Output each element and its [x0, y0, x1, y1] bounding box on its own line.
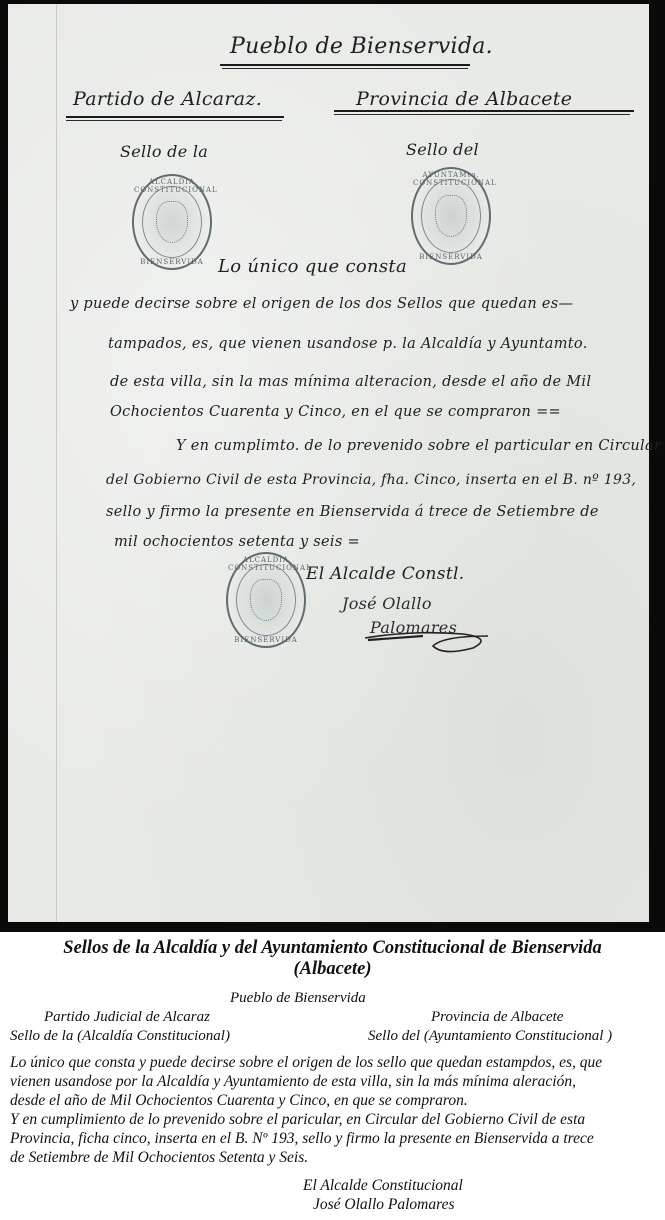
signature-title: El Alcalde Constl.	[306, 564, 464, 584]
paper-sheet: Pueblo de Bienservida. Partido de Alcara…	[8, 4, 649, 922]
seal-alcaldia-left: ALCALDIA CONSTITUCIONAL BIENSERVIDA	[132, 174, 212, 270]
handwritten-line-1: Lo único que consta	[218, 256, 407, 277]
header-underline	[220, 64, 470, 66]
handwritten-line-2: y puede decirse sobre el origen de los d…	[70, 296, 573, 312]
transcription-signature-title: El Alcalde Constitucional	[303, 1177, 463, 1195]
margin-line	[56, 4, 57, 922]
transcription-partido: Partido Judicial de Alcaraz	[44, 1009, 210, 1026]
seal-ayuntamiento-right: AYUNTAMto. CONSTITUCIONAL BIENSERVIDA	[411, 167, 491, 265]
partido-underline-2	[66, 120, 282, 121]
transcription-sello-right: Sello del (Ayuntamiento Constitucional )	[368, 1028, 612, 1045]
handwritten-sello-left: Sello de la	[120, 142, 208, 161]
seal-text-bottom: BIENSERVIDA	[228, 636, 304, 644]
provincia-underline	[334, 110, 634, 112]
transcription-body-line: desde el año de Mil Ochocientos Cuarenta…	[10, 1092, 468, 1110]
seal-text-bottom: BIENSERVIDA	[134, 258, 210, 266]
seal-text-top: ALCALDIA CONSTITUCIONAL	[134, 178, 210, 194]
handwritten-line-3: tampados, es, que vienen usandose p. la …	[108, 336, 588, 352]
partido-underline	[66, 116, 284, 118]
transcription-pueblo: Pueblo de Bienservida	[230, 990, 366, 1007]
crest-icon	[156, 201, 188, 243]
header-underline-2	[222, 68, 468, 69]
handwritten-provincia: Provincia de Albacete	[356, 88, 572, 110]
transcription-signature-name: José Olallo Palomares	[313, 1196, 455, 1214]
transcription-body-line: Y en cumplimiento de lo prevenido sobre …	[10, 1111, 585, 1129]
transcription-body-line: Provincia, ficha cinco, inserta en el B.…	[10, 1130, 594, 1148]
crest-icon	[250, 579, 282, 621]
handwritten-line-4: de esta villa, sin la mas mínima alterac…	[110, 374, 591, 390]
provincia-underline-2	[334, 114, 630, 115]
signature-name: José Olallo	[342, 594, 432, 613]
crest-icon	[435, 195, 467, 237]
handwritten-line-7: del Gobierno Civil de esta Provincia, fh…	[106, 472, 636, 488]
handwritten-sello-right: Sello del	[406, 140, 479, 159]
transcription-body-line: de Setiembre de Mil Ochocientos Setenta …	[10, 1149, 308, 1167]
transcription-sello-left: Sello de la (Alcaldía Constitucional)	[10, 1028, 230, 1045]
handwritten-line-9: mil ochocientos setenta y seis =	[114, 534, 360, 550]
seal-text-top: ALCALDIA CONSTITUCIONAL	[228, 556, 304, 572]
seal-text-top: AYUNTAMto. CONSTITUCIONAL	[413, 171, 489, 187]
transcription-body-line: vienen usandose por la Alcaldía y Ayunta…	[10, 1073, 576, 1091]
handwritten-header: Pueblo de Bienservida.	[230, 34, 493, 59]
signature-flourish-icon	[363, 626, 503, 656]
handwritten-line-6: Y en cumplimto. de lo prevenido sobre el…	[176, 438, 661, 454]
transcription-body-line: Lo único que consta y puede decirse sobr…	[10, 1054, 602, 1072]
handwritten-line-8: sello y firmo la presente en Bienservida…	[106, 504, 599, 520]
transcription-title: Sellos de la Alcaldía y del Ayuntamiento…	[0, 938, 665, 959]
transcription-title-sub: (Albacete)	[0, 959, 665, 980]
seal-text-bottom: BIENSERVIDA	[413, 253, 489, 261]
transcription-provincia: Provincia de Albacete	[431, 1009, 563, 1026]
handwritten-partido: Partido de Alcaraz.	[73, 88, 262, 110]
document-scan: Pueblo de Bienservida. Partido de Alcara…	[0, 0, 665, 932]
seal-alcaldia-bottom: ALCALDIA CONSTITUCIONAL BIENSERVIDA	[226, 552, 306, 648]
handwritten-line-5: Ochocientos Cuarenta y Cinco, en el que …	[110, 404, 561, 420]
